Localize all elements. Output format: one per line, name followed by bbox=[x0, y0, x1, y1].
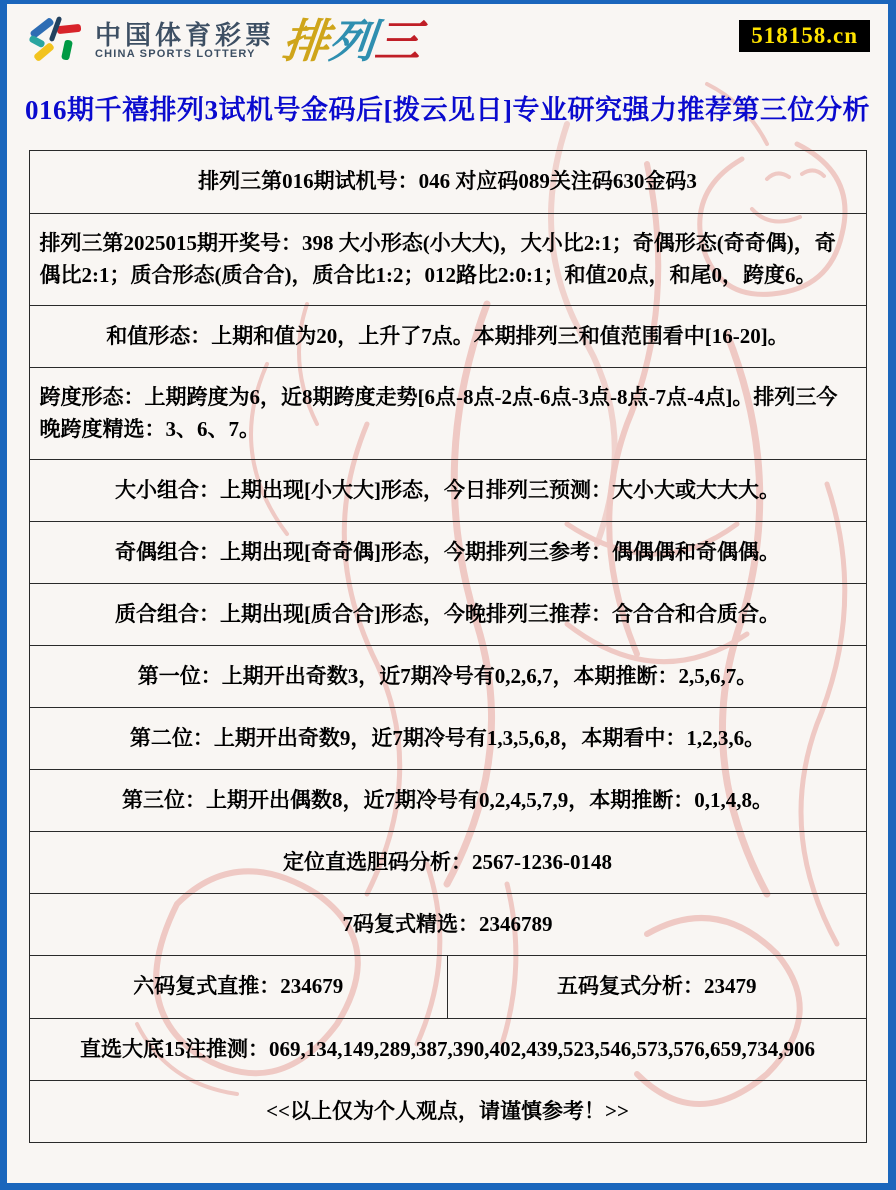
disclaimer-text: <<以上仅为个人观点，请谨慎参考！>> bbox=[266, 1096, 629, 1128]
table-row-trial-number: 排列三第016期试机号：046 对应码089关注码630金码3 bbox=[30, 151, 866, 213]
table-row-prime-combo: 质合组合：上期出现[质合合]形态，今晚排列三推荐：合合合和合质合。 bbox=[30, 583, 866, 645]
row-text: 第一位：上期开出奇数3，近7期冷号有0,2,6,7，本期推断：2,5,6,7。 bbox=[138, 661, 758, 693]
table-row-7code: 7码复式精选：2346789 bbox=[30, 893, 866, 955]
site-url-badge: 518158.cn bbox=[739, 20, 870, 52]
table-row-15-picks: 直选大底15注推测：069,134,149,289,387,390,402,43… bbox=[30, 1018, 866, 1080]
brand-char-3: 三 bbox=[373, 18, 424, 64]
table-row-disclaimer: <<以上仅为个人观点，请谨慎参考！>> bbox=[30, 1080, 866, 1142]
table-row-position-1: 第一位：上期开出奇数3，近7期冷号有0,2,6,7，本期推断：2,5,6,7。 bbox=[30, 645, 866, 707]
header: 中国体育彩票 CHINA SPORTS LOTTERY 排 列 三 518158… bbox=[7, 4, 888, 86]
table-row-parity-combo: 奇偶组合：上期出现[奇奇偶]形态，今期排列三参考：偶偶偶和奇偶偶。 bbox=[30, 521, 866, 583]
page-frame: 中国体育彩票 CHINA SPORTS LOTTERY 排 列 三 518158… bbox=[0, 0, 896, 1190]
row-text: 直选大底15注推测：069,134,149,289,387,390,402,43… bbox=[80, 1034, 815, 1066]
row-text: 第三位：上期开出偶数8，近7期冷号有0,2,4,5,7,9，本期推断：0,1,4… bbox=[122, 785, 773, 817]
table-cell-5code: 五码复式分析：23479 bbox=[447, 956, 866, 1018]
logo-english-name: CHINA SPORTS LOTTERY bbox=[95, 49, 275, 61]
lottery-ribbon-icon bbox=[27, 14, 85, 68]
analysis-table: 排列三第016期试机号：046 对应码089关注码630金码3 排列三第2025… bbox=[29, 150, 867, 1143]
table-row-size-combo: 大小组合：上期出现[小大大]形态，今日排列三预测：大小大或大大大。 bbox=[30, 459, 866, 521]
row-text: 第二位：上期开出奇数9，近7期冷号有1,3,5,6,8，本期看中：1,2,3,6… bbox=[130, 723, 765, 755]
table-row-position-2: 第二位：上期开出奇数9，近7期冷号有1,3,5,6,8，本期看中：1,2,3,6… bbox=[30, 707, 866, 769]
row-text: 排列三第2025015期开奖号：398 大小形态(小大大)，大小比2:1；奇偶形… bbox=[40, 228, 856, 291]
table-row-direct-pick: 定位直选胆码分析：2567-1236-0148 bbox=[30, 831, 866, 893]
table-row-span-form: 跨度形态：上期跨度为6，近8期跨度走势[6点-8点-2点-6点-3点-8点-7点… bbox=[30, 367, 866, 459]
row-text: 质合组合：上期出现[质合合]形态，今晚排列三推荐：合合合和合质合。 bbox=[115, 599, 780, 631]
row-text: 奇偶组合：上期出现[奇奇偶]形态，今期排列三参考：偶偶偶和奇偶偶。 bbox=[115, 537, 780, 569]
row-text: 定位直选胆码分析：2567-1236-0148 bbox=[283, 847, 612, 879]
row-text: 排列三第016期试机号：046 对应码089关注码630金码3 bbox=[198, 166, 697, 198]
table-row-sum-form: 和值形态：上期和值为20，上升了7点。本期排列三和值范围看中[16-20]。 bbox=[30, 305, 866, 367]
logo-text: 中国体育彩票 CHINA SPORTS LOTTERY bbox=[95, 22, 275, 61]
table-row-draw-result: 排列三第2025015期开奖号：398 大小形态(小大大)，大小比2:1；奇偶形… bbox=[30, 213, 866, 305]
row-text: 跨度形态：上期跨度为6，近8期跨度走势[6点-8点-2点-6点-3点-8点-7点… bbox=[40, 382, 856, 445]
row-text: 大小组合：上期出现[小大大]形态，今日排列三预测：大小大或大大大。 bbox=[115, 475, 780, 507]
row-text: 和值形态：上期和值为20，上升了7点。本期排列三和值范围看中[16-20]。 bbox=[106, 321, 788, 353]
cell-text: 六码复式直推：234679 bbox=[133, 971, 343, 1003]
brand-char-2: 列 bbox=[327, 18, 378, 64]
brand-pailiesan: 排 列 三 bbox=[281, 18, 424, 64]
page-title: 016期千禧排列3试机号金码后[拨云见日]专业研究强力推荐第三位分析 bbox=[7, 88, 888, 127]
table-row-position-3: 第三位：上期开出偶数8，近7期冷号有0,2,4,5,7,9，本期推断：0,1,4… bbox=[30, 769, 866, 831]
brand-char-1: 排 bbox=[281, 18, 332, 64]
row-text: 7码复式精选：2346789 bbox=[343, 909, 553, 941]
table-cell-6code: 六码复式直推：234679 bbox=[30, 956, 448, 1018]
logo-chinese-name: 中国体育彩票 bbox=[95, 22, 275, 49]
cell-text: 五码复式分析：23479 bbox=[557, 971, 757, 1003]
table-row-6code-5code: 六码复式直推：234679 五码复式分析：23479 bbox=[30, 955, 866, 1018]
